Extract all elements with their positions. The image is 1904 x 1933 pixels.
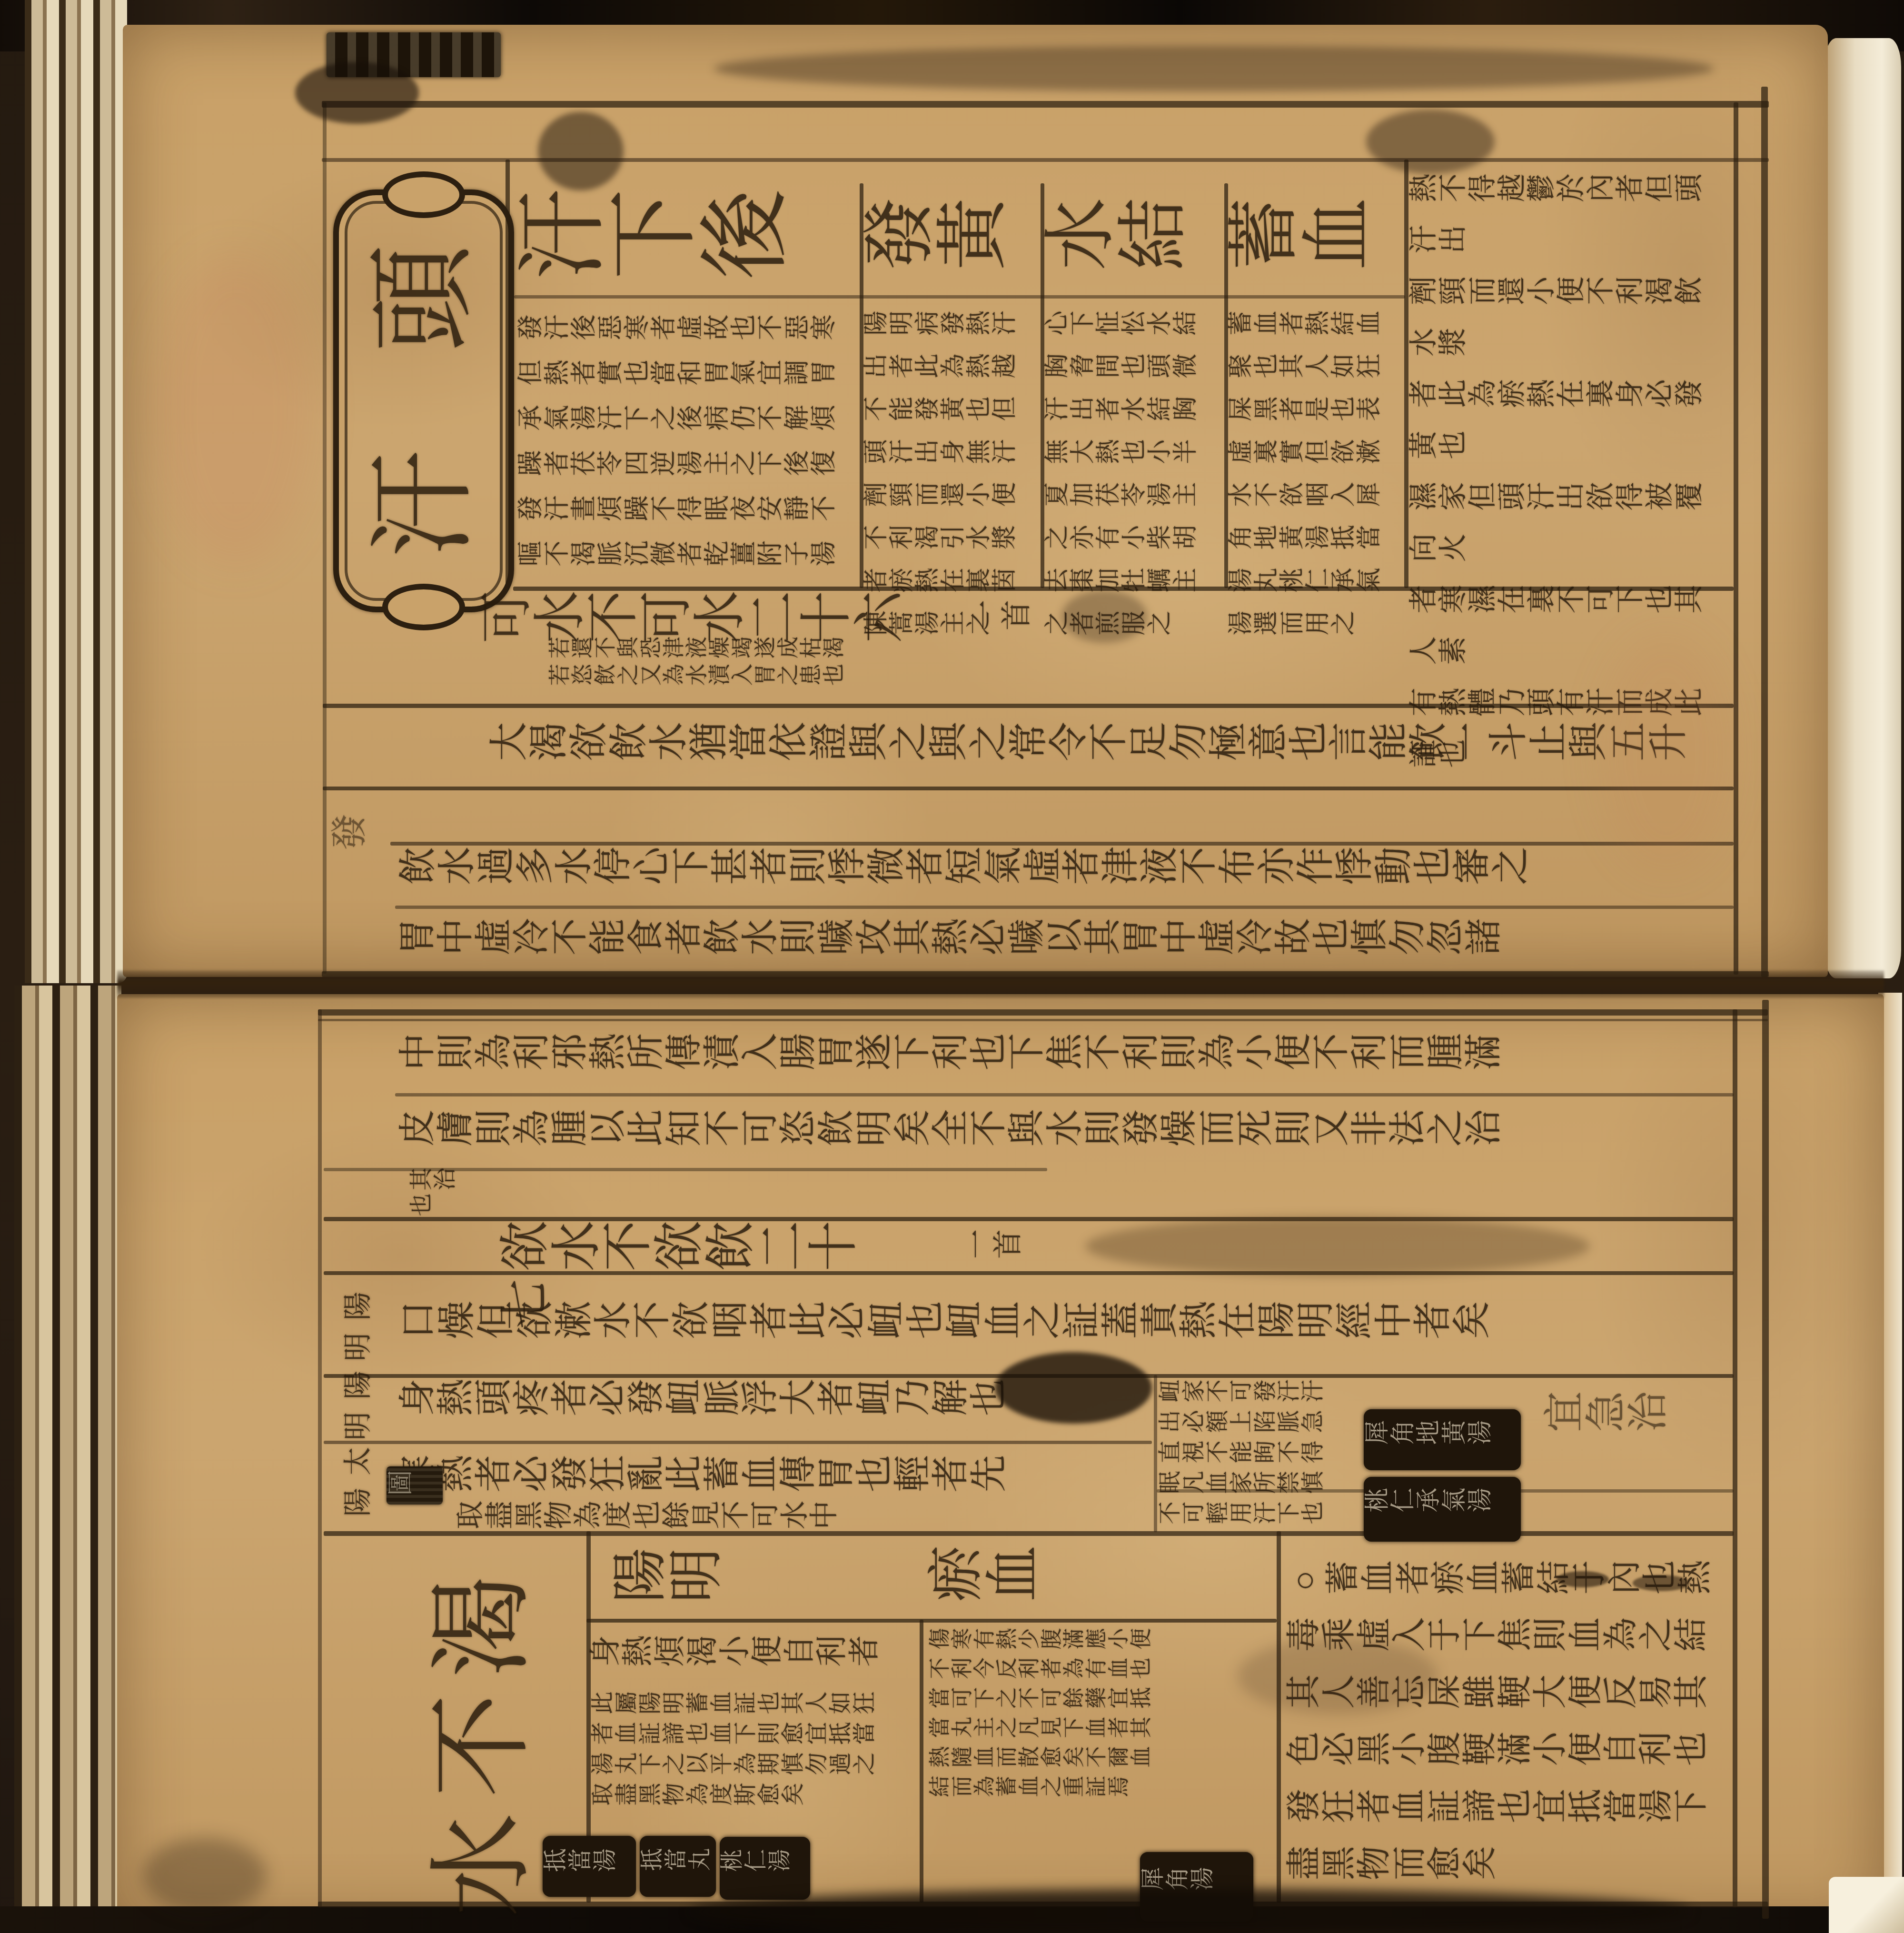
page-top-ink-smudge-3	[157, 257, 314, 562]
annotation-fahuang-text: 陽明病發熱汗出者此為熱越 不能發黃也但頭汗出身無汗 劑頸而還小便不利渴引水漿 者…	[863, 305, 1038, 585]
annotation-keshui: 若還不與恐津液燥竭遂成枯渴 若恣飲之又為水漬入胃之患也	[547, 636, 859, 689]
tab-didang-wan-text: 抵當丸	[640, 1836, 716, 1897]
page-bottom-rule-18	[1762, 1000, 1769, 1919]
section-header-yangming-text: 陽明	[610, 1543, 753, 1622]
row-yinshui-text: 飲水過多水停心下甚者則悸微者短氣虛者津液不布亦作悸動也審之	[397, 836, 1730, 904]
page-top-ink-smudge-5	[1061, 590, 1147, 643]
label-yangming-1: 陽明	[332, 1285, 384, 1367]
annotation-yangming-text: 此屬陽明蓄血証也其人如狂 者血証諦也血下則愈宜抵當 湯丸下之以平為期慎勿過之 取…	[590, 1690, 918, 1828]
label-yangming-2-char-1: 明	[344, 1412, 372, 1440]
note-toushan-right: 熱不得越鬱於內者但頭汗出 劑頸而還小便不利渴飲水漿 者此為瘀熱在裏身必發黃也 濕…	[1408, 164, 1732, 586]
tab-xijiao-text: 犀角地黃湯	[1364, 1409, 1521, 1470]
page-top-rule-9	[323, 102, 327, 974]
label-yangming-2-char-0: 陽	[344, 1371, 372, 1399]
chars-yijizhi-text: 宜急治	[1542, 1380, 1695, 1451]
label-taiyang-char-0: 太	[344, 1447, 372, 1475]
subrow-yangming-text: 身熱煩渴小便自利者	[588, 1624, 919, 1685]
tab-didang-tang-text: 抵當湯	[543, 1836, 636, 1897]
page-bottom-ink-smudge-0	[995, 1352, 1152, 1424]
page-top-rule-15	[1734, 102, 1738, 975]
tab-didang-wan: 抵當丸	[640, 1836, 716, 1897]
block-xuxue-note-text: ○蓄血者瘀血蓄結于內也熱 毒乘虛入于下焦則血為之結 其人善忘屎雖鞕大便反易其 色…	[1285, 1552, 1732, 1905]
label-yangming-1-char-1: 明	[344, 1333, 372, 1361]
page-stack-right-top	[1824, 38, 1901, 978]
page-top-ink-smudge-2	[295, 62, 419, 124]
annotation-yuxue-text: 傷寒有熱少腹滿應小便 不利今反利者為有血也 當可下之不可餘藥宜抵 當丸主之凡見下…	[928, 1626, 1194, 1828]
annotation-keshui-text: 若還不與恐津液燥竭遂成枯渴 若恣飲之又為水漬入胃之患也	[547, 636, 859, 689]
annotation-hanxiahou: 發汗後惡寒者虛故也不惡寒 但熱者實也當和胃氣宜調胃 承氣湯汗下之後病仍不解煩 躁…	[516, 307, 855, 584]
chars-yijizhi: 宜急治	[1542, 1380, 1695, 1451]
catchword-left: 發	[330, 809, 380, 865]
cartouche-knob-bottom	[382, 584, 465, 630]
annotation-yangming: 此屬陽明蓄血証也其人如狂 者血証諦也血下則愈宜抵當 湯丸下之以平為期慎勿過之 取…	[590, 1690, 918, 1828]
annotation-yuxue: 傷寒有熱少腹滿應小便 不利今反利者為有血也 當可下之不可餘藥宜抵 當丸主之凡見下…	[928, 1626, 1194, 1828]
label-yangming-1-char-0: 陽	[344, 1292, 372, 1320]
page-top-ink-smudge-1	[1366, 110, 1495, 174]
page-top-rule-0	[322, 101, 1769, 108]
page-stack-left-bottom	[14, 986, 121, 1933]
page-bottom-ink-smudge-3	[1633, 1575, 1690, 1591]
tab-taoren-2-text: 桃仁湯	[720, 1837, 810, 1900]
page-stack-left-top	[25, 0, 127, 983]
page-bottom-rule-17	[1733, 1009, 1737, 1907]
row-weizhong: 胃中虛冷不能食者飲水則噦攻其熱必噦以其胃中虛冷故也慎勿忽諸	[397, 907, 1730, 972]
subrow-yangming: 身熱煩渴小便自利者	[588, 1624, 919, 1685]
page-bottom-ink-smudge-5	[143, 1838, 267, 1914]
section-header-fahuang-text: 發黃	[861, 183, 1039, 300]
page-bottom-ink-smudge-1	[1085, 1216, 1590, 1276]
page-bottom-rule-1	[318, 1019, 1768, 1021]
row-pifu-text: 皮膚則為腫以此知不可恣飲明矣全不與水則發燥而死則又非法之治	[397, 1098, 1730, 1165]
catchword-left-text: 發	[330, 809, 380, 865]
row-yinshui: 飲水過多水停心下甚者則悸微者短氣虛者津液不布亦作悸動也審之	[397, 836, 1730, 904]
annotation-shuijie-text: 心下怔忪水結胸脅間也頭微 汗出者水結胸無大熱也小半 夏加茯苓湯主之亦有小柴胡 去…	[1043, 305, 1220, 585]
label-tu-box-text: 圖	[387, 1466, 443, 1505]
row-qujin-text: 取盡黑物為度也餘見不可水中	[455, 1491, 1069, 1544]
label-taiyang-char-1: 陽	[344, 1488, 372, 1516]
section-header-hanxiahou-text: 汗下後	[514, 183, 853, 305]
page-bottom-ink-smudge-4	[690, 1889, 1690, 1933]
label-taiyang: 太陽	[332, 1441, 384, 1523]
banner-kebushui-char-2: 水	[431, 1813, 535, 1917]
title-yushui: 欲水不欲飲二十七	[497, 1222, 904, 1280]
section-header-yangming: 陽明	[610, 1543, 753, 1622]
page-bottom-ink-smudge-2	[1557, 1571, 1609, 1587]
label-yangming-2: 陽明	[332, 1365, 384, 1446]
row-zhongze-text: 中則為利邪熱所傳漬入腸胃遂下利也下焦不利則為小便不利而腫滿	[397, 1022, 1730, 1088]
label-yishou-1: 一首	[969, 595, 1046, 641]
page-corner-fold	[1829, 1877, 1904, 1933]
section-header-xuxue-text: 蓄血	[1225, 183, 1402, 300]
annotation-shuijie: 心下怔忪水結胸脅間也頭微 汗出者水結胸無大熱也小半 夏加茯苓湯主之亦有小柴胡 去…	[1043, 305, 1220, 585]
tab-taoren-2: 桃仁湯	[720, 1837, 810, 1900]
page-top-ink-smudge-4	[1599, 633, 1733, 871]
book-scan: 頭 汗 汗下後發汗後惡寒者虛故也不惡寒 但熱者實也當和胃氣宜調胃 承氣湯汗下之後…	[0, 0, 1904, 1933]
section-header-yuxue: 瘀血	[926, 1541, 1130, 1621]
label-qizhiye-text: 其治 也	[408, 1169, 535, 1216]
chapter-cartouche: 頭 汗	[333, 189, 514, 612]
tab-xijiao: 犀角地黃湯	[1364, 1409, 1521, 1470]
row-dake-text: 大渴欲飲水猶當依證與之與之常令不足勿極意也言能飲一斗止與五升	[488, 709, 1730, 781]
row-pifu: 皮膚則為腫以此知不可恣飲明矣全不與水則發燥而死則又非法之治	[397, 1098, 1730, 1165]
page-bottom-rule-2	[395, 1093, 1734, 1096]
page-bottom-rule-16	[1154, 1375, 1157, 1532]
annotation-fahuang: 陽明病發熱汗出者此為熱越 不能發黃也但頭汗出身無汗 劑頸而還小便不利渴引水漿 者…	[863, 305, 1038, 585]
section-header-fahuang: 發黃	[861, 183, 1039, 300]
row-dake: 大渴欲飲水猶當依證與之與之常令不足勿極意也言能飲一斗止與五升	[488, 709, 1730, 781]
page-bottom-ink-smudge-6	[1238, 1638, 1438, 1714]
annotation-xuxue: 蓄血者熱結血聚也其人如狂 屎黑者是也表虛裏實但欲漱 水不欲咽入犀角地黃湯抵當 湯…	[1227, 305, 1402, 585]
annotation-nujia: 衄家不可發汗汗 出必額上陷脈急 直視不能眴不得 眠凡血家所禁慎 不可輕用汗下也	[1158, 1378, 1342, 1534]
tab-didang-tang: 抵當湯	[543, 1836, 636, 1897]
label-yishou-1-text: 一首	[969, 595, 1046, 641]
annotation-nujia-text: 衄家不可發汗汗 出必額上陷脈急 直視不能眴不得 眠凡血家所禁慎 不可輕用汗下也	[1158, 1378, 1342, 1534]
page-bottom-rule-4	[324, 1217, 1734, 1221]
row-qujin: 取盡黑物為度也餘見不可水中	[455, 1491, 1069, 1544]
tab-taoren: 桃仁承氣湯	[1364, 1477, 1521, 1542]
title-yushui-text: 欲水不欲飲二十七	[497, 1222, 904, 1280]
label-tu-box: 圖	[387, 1466, 443, 1505]
label-yishou-2-text: 一首	[962, 1225, 1033, 1270]
page-bottom-rule-0	[318, 1009, 1768, 1016]
annotation-hanxiahou-text: 發汗後惡寒者虛故也不惡寒 但熱者實也當和胃氣宜調胃 承氣湯汗下之後病仍不解煩 躁…	[516, 307, 855, 584]
page-top-rule-8	[322, 971, 1769, 977]
page-top-rule-16	[1761, 87, 1768, 977]
row-kouzao-text: 口燥但欲漱水不欲咽者此必衄也衄血之証蓋責熱在陽明經中者矣	[397, 1288, 1730, 1360]
cartouche-char-2: 汗	[370, 450, 477, 558]
note-toushan-right-text: 熱不得越鬱於內者但頭汗出 劑頸而還小便不利渴飲水漿 者此為瘀熱在裏身必發黃也 濕…	[1408, 164, 1732, 586]
section-header-xuxue: 蓄血	[1225, 183, 1402, 300]
cartouche-knob-top	[382, 171, 465, 218]
row-zhongze: 中則為利邪熱所傳漬入腸胃遂下利也下焦不利則為小便不利而腫滿	[397, 1022, 1730, 1088]
row-weizhong-text: 胃中虛冷不能食者飲水則噦攻其熱必噦以其胃中虛冷故也慎勿忽諸	[397, 907, 1730, 972]
page-top-ink-smudge-0	[538, 112, 624, 190]
page-top-rule-5	[323, 787, 1734, 790]
annotation-xuxue-text: 蓄血者熱結血聚也其人如狂 屎黑者是也表虛裏實但欲漱 水不欲咽入犀角地黃湯抵當 湯…	[1227, 305, 1402, 585]
section-header-shuijie-text: 水結	[1041, 183, 1221, 300]
cartouche-char-1: 頭	[370, 245, 477, 352]
page-bottom-rule-14	[920, 1620, 923, 1903]
tab-taoren-text: 桃仁承氣湯	[1364, 1477, 1521, 1542]
section-header-shuijie: 水結	[1041, 183, 1221, 300]
page-top-ink-smudge-6	[714, 46, 1714, 91]
banner-kebushui-char-1: 不	[431, 1694, 535, 1797]
banner-kebushui-char-0: 渴	[431, 1574, 535, 1678]
block-xuxue-note: ○蓄血者瘀血蓄結于內也熱 毒乘虛入于下焦則血為之結 其人善忘屎雖鞕大便反易其 色…	[1285, 1552, 1732, 1905]
page-bottom-rule-12	[318, 1009, 322, 1907]
section-header-hanxiahou: 汗下後	[514, 183, 853, 305]
page-bottom-rule-15	[1277, 1531, 1281, 1903]
section-header-yuxue-text: 瘀血	[926, 1541, 1130, 1621]
label-yishou-2: 一首	[962, 1225, 1033, 1270]
label-qizhiye: 其治 也	[408, 1169, 535, 1216]
page-top-rule-10	[506, 159, 510, 588]
banner-kebushui: 渴不水	[402, 1566, 564, 1924]
row-kouzao: 口燥但欲漱水不欲咽者此必衄也衄血之証蓋責熱在陽明經中者矣	[397, 1288, 1730, 1360]
